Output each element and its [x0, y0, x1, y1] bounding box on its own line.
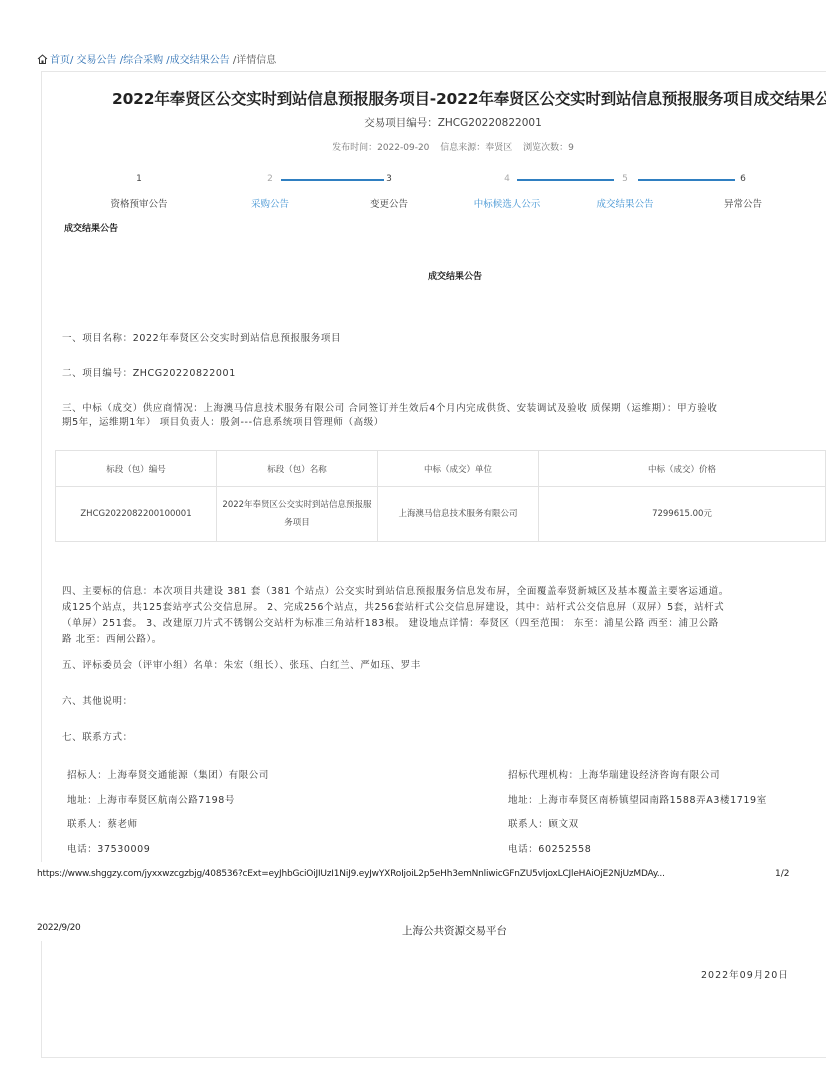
step-connector	[517, 179, 614, 181]
agent-address: 地址：上海市奉贤区南桥镇望园南路1588弄A3楼1719室	[508, 792, 826, 817]
item-main-info-line2: 成125个站点，共125套站亭式公交信息屏。 2、完成256个站点，共256套站…	[62, 600, 826, 616]
breadcrumb-results[interactable]: /成交结果公告	[163, 55, 230, 66]
cell-price: 7299615.00元	[539, 487, 826, 542]
item-main-info-line4: 路 北至：西闸公路）。	[62, 632, 826, 648]
step-6-number: 6	[740, 174, 746, 184]
item-other-notes: 六、其他说明：	[62, 694, 826, 710]
project-number-value: ZHCG20220822001	[438, 117, 542, 129]
meta-info: 发布时间：2022-09-20 信息来源：奉贤区 浏览次数：9	[0, 140, 826, 153]
agent-name: 招标代理机构：上海华瑞建设经济咨询有限公司	[508, 767, 826, 792]
page-title: 2022年奉贤区公交实时到站信息预报服务项目-2022年奉贤区公交实时到站信息预…	[112, 87, 826, 109]
header-lot-number: 标段（包）编号	[56, 451, 217, 487]
breadcrumb-current: /详情信息	[230, 55, 277, 66]
item-contact-heading: 七、联系方式：	[62, 730, 826, 746]
step-connector	[281, 179, 384, 181]
buyer-phone: 电话：37530009	[67, 841, 269, 866]
view-count: 浏览次数：9	[523, 143, 574, 153]
header-lot-name: 标段（包）名称	[217, 451, 378, 487]
section-label: 成交结果公告	[64, 221, 118, 234]
signature-date: 2022年09月20日	[701, 967, 789, 981]
breadcrumb-trading[interactable]: 交易公告	[73, 55, 116, 66]
process-steps: 1 2 3 4 5 6 资格预审公告 采购公告 变更公告 中标候选人公示 成交结…	[0, 170, 826, 215]
step-4-number: 4	[504, 174, 510, 184]
agent-contact: 招标代理机构：上海华瑞建设经济咨询有限公司 地址：上海市奉贤区南桥镇望园南路15…	[508, 767, 826, 865]
content-panel-continued	[41, 941, 826, 1058]
step-candidate-notice[interactable]: 中标候选人公示	[474, 196, 541, 210]
buyer-name: 招标人：上海奉贤交通能源（集团）有限公司	[67, 767, 269, 792]
header-price: 中标（成交）价格	[539, 451, 826, 487]
buyer-contact: 招标人：上海奉贤交通能源（集团）有限公司 地址：上海市奉贤区航南公路7198号 …	[67, 767, 269, 865]
publish-time: 发布时间：2022-09-20	[332, 143, 429, 153]
step-exception-notice[interactable]: 异常公告	[724, 196, 762, 210]
cell-lot-number: ZHCG2022082200100001	[56, 487, 217, 542]
buyer-person: 联系人：蔡老师	[67, 816, 269, 841]
step-5-number: 5	[622, 174, 628, 184]
step-3-number: 3	[386, 174, 392, 184]
cell-lot-name: 2022年奉贤区公交实时到站信息预报服务项目	[217, 487, 378, 542]
breadcrumb-procurement[interactable]: /综合采购	[117, 55, 164, 66]
breadcrumb-home[interactable]: 首页/	[50, 55, 73, 66]
step-change-notice[interactable]: 变更公告	[370, 196, 408, 210]
item-main-info-line3: （单屏）251套。 3、改建原刀片式不锈钢公交站杆为标准三角站杆183根。 建设…	[62, 616, 826, 632]
print-header-date: 2022/9/20	[37, 923, 80, 933]
step-1-number: 1	[136, 174, 142, 184]
project-number-label: 交易项目编号：	[364, 117, 438, 129]
agent-person: 联系人：顾文双	[508, 816, 826, 841]
item-main-info-line1: 四、主要标的信息：本次项目共建设 381 套（381 个站点）公交实时到站信息预…	[62, 584, 826, 600]
item-supplier-line2: 期5年，运维期1年） 项目负责人：殷剑---信息系统项目管理师（高级）	[62, 415, 826, 431]
item-committee: 五、评标委员会（评审小组）名单：朱宏（组长）、张珏、白红兰、严如珏、罗丰	[62, 658, 826, 674]
print-footer-url: https://www.shggzy.com/jyxxwzcgzbjg/4085…	[37, 869, 665, 879]
result-table: 标段（包）编号 标段（包）名称 中标（成交）单位 中标（成交）价格 ZHCG20…	[55, 450, 826, 542]
breadcrumb: 首页/ 交易公告 /综合采购 /成交结果公告 /详情信息	[37, 51, 276, 66]
buyer-address: 地址：上海市奉贤区航南公路7198号	[67, 792, 269, 817]
info-source: 信息来源：奉贤区	[440, 143, 512, 153]
step-procurement-notice[interactable]: 采购公告	[251, 196, 289, 210]
item-project-number: 二、项目编号：ZHCG20220822001	[62, 366, 826, 382]
print-header-site: 上海公共资源交易平台	[402, 923, 507, 938]
step-connector	[638, 179, 735, 181]
table-row: ZHCG2022082200100001 2022年奉贤区公交实时到站信息预报服…	[56, 487, 826, 542]
project-number: 交易项目编号：ZHCG20220822001	[0, 115, 826, 130]
table-header-row: 标段（包）编号 标段（包）名称 中标（成交）单位 中标（成交）价格	[56, 451, 826, 487]
agent-phone: 电话：60252558	[508, 841, 826, 866]
cell-winner: 上海澳马信息技术服务有限公司	[378, 487, 539, 542]
print-page-number: 1/2	[775, 869, 789, 879]
item-project-name: 一、项目名称：2022年奉贤区公交实时到站信息预报服务项目	[62, 331, 826, 347]
home-icon[interactable]	[37, 54, 48, 64]
step-2-number: 2	[267, 174, 273, 184]
step-result-notice[interactable]: 成交结果公告	[596, 196, 653, 210]
step-prequalification[interactable]: 资格预审公告	[110, 196, 167, 210]
document-title: 成交结果公告	[0, 269, 826, 282]
header-winner: 中标（成交）单位	[378, 451, 539, 487]
